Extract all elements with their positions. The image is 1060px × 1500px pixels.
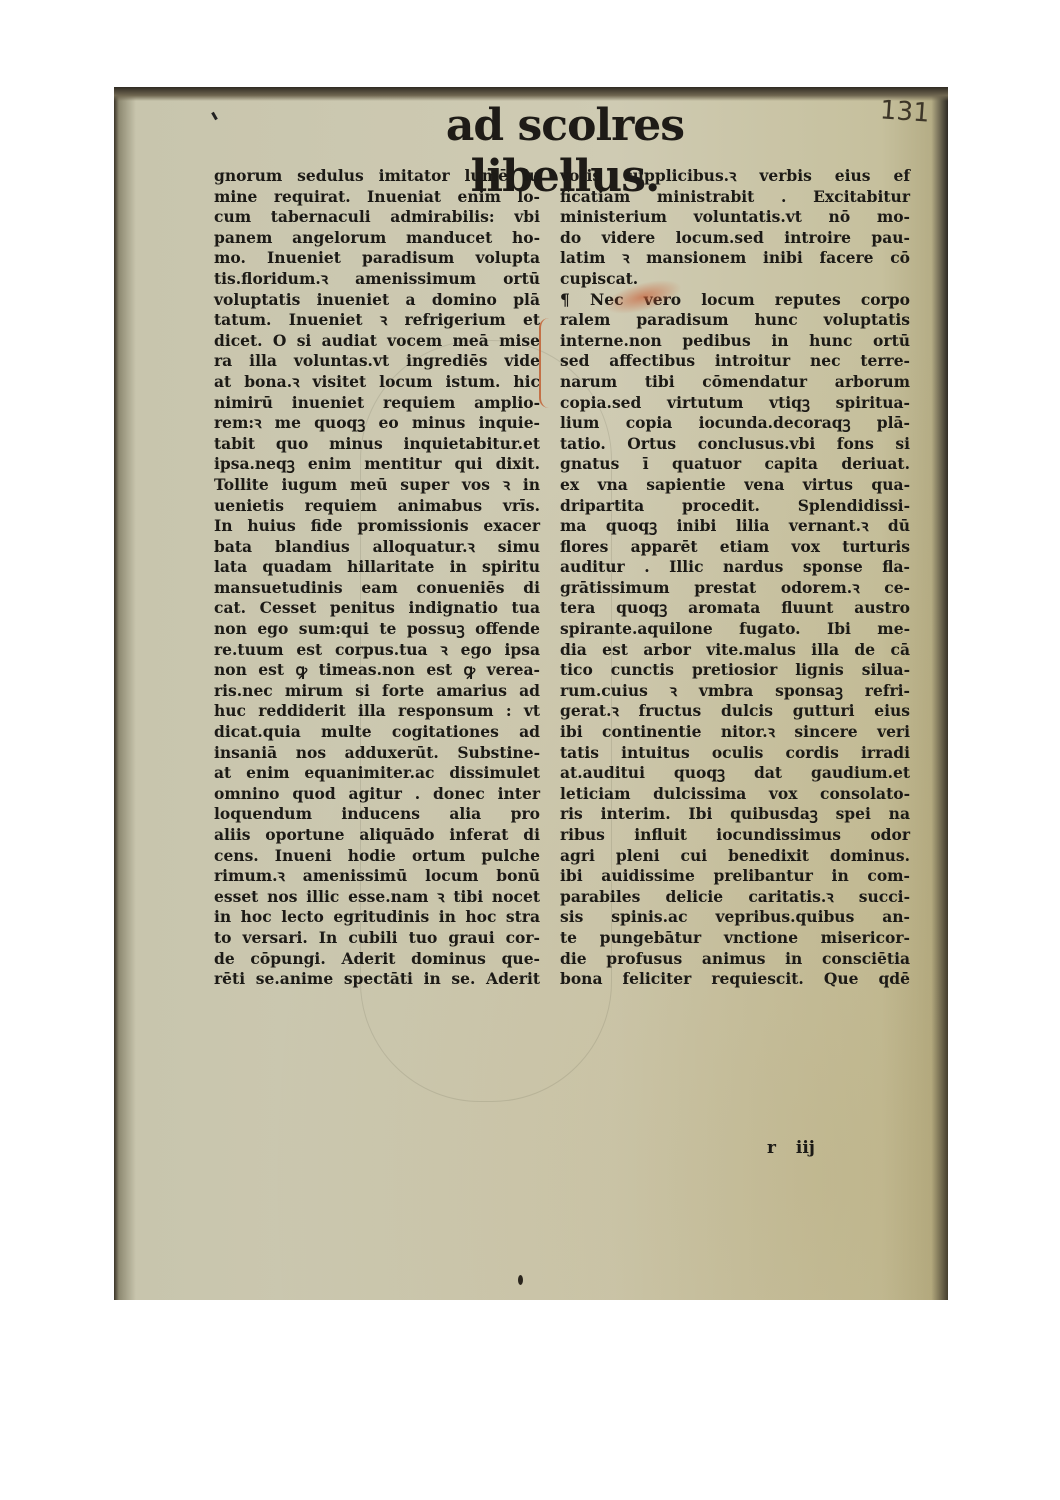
left-text-column: gnorum sedulus imitator lumē lu mine req… — [214, 166, 540, 990]
text-line: copia.sed virtutum vtiqꝫ spiritua- — [560, 393, 910, 414]
text-line: spirante.aquilone fugato. Ibi me- — [560, 619, 910, 640]
folio-number: 131 — [879, 95, 931, 128]
text-line: nimirū inueniet requiem amplio- — [214, 393, 540, 414]
text-line: sis spinis.ac vepribus.quibus an- — [560, 907, 910, 928]
text-line: ibi auidissime prelibantur in com- — [560, 866, 910, 887]
text-line: ra illa voluntas.vt ingrediēs vide — [214, 351, 540, 372]
text-line: tatum. Inueniet ꝛ refrigerium et — [214, 310, 540, 331]
text-line: dicat.quia multe cogitationes ad — [214, 722, 540, 743]
text-line: narum tibi cōmendatur arborum — [560, 372, 910, 393]
text-line: tico cunctis pretiosior lignis silua- — [560, 660, 910, 681]
text-line: omnino quod agitur . donec inter — [214, 784, 540, 805]
text-line: gnorum sedulus imitator lumē lu — [214, 166, 540, 187]
text-line: at enim equanimiter.ac dissimulet — [214, 763, 540, 784]
text-line: rimum.ꝛ amenissimū locum bonū — [214, 866, 540, 887]
text-line: dicet. O si audiat vocem meā mise — [214, 331, 540, 352]
text-line: flores apparēt etiam vox turturis — [560, 537, 910, 558]
signature-mark: r iij — [767, 1138, 815, 1158]
text-line: ris interim. Ibi quibusdaꝫ spei na — [560, 804, 910, 825]
text-line: te pungebātur vnctione misericor- — [560, 928, 910, 949]
text-line: ministerium voluntatis.vt nō mo- — [560, 207, 910, 228]
text-line: leticiam dulcissima vox consolato- — [560, 784, 910, 805]
text-line: grātissimum prestat odorem.ꝛ ce- — [560, 578, 910, 599]
text-line: uenietis requiem animabus vrīs. — [214, 496, 540, 517]
text-line: ris.nec mirum si forte amarius ad — [214, 681, 540, 702]
text-line: tera quoqꝫ aromata fluunt austro — [560, 598, 910, 619]
text-line: loquendum inducens alia pro — [214, 804, 540, 825]
text-line: cum tabernaculi admirabilis: vbi — [214, 207, 540, 228]
text-line: mansuetudinis eam conueniēs di — [214, 578, 540, 599]
text-line: cens. Inueni hodie ortum pulche — [214, 846, 540, 867]
paper-hole — [518, 1275, 523, 1285]
text-line: esset nos illic esse.nam ꝛ tibi nocet — [214, 887, 540, 908]
text-line: lata quadam hillaritate in spiritu — [214, 557, 540, 578]
text-line: rum.cuius ꝛ vmbra sponsaꝫ refri- — [560, 681, 910, 702]
text-line: in hoc lecto egritudinis in hoc stra — [214, 907, 540, 928]
text-line: votis supplicibus.ꝛ verbis eius ef — [560, 166, 910, 187]
text-line: ex vna sapientie vena virtus qua- — [560, 475, 910, 496]
text-line: ma quoqꝫ inibi lilia vernant.ꝛ dū — [560, 516, 910, 537]
text-line: aliis oportune aliquādo inferat di — [214, 825, 540, 846]
text-line: rēti se.anime spectāti in se. Aderit — [214, 969, 540, 990]
text-line: agri pleni cui benedixit dominus. — [560, 846, 910, 867]
text-line: re.tuum est corpus.tua ꝛ ego ipsa — [214, 640, 540, 661]
text-line: sed affectibus introitur nec terre- — [560, 351, 910, 372]
text-line: tatis intuitus oculis cordis irradi — [560, 743, 910, 764]
text-line: Tollite iugum meū super vos ꝛ in — [214, 475, 540, 496]
text-line: panem angelorum manducet ho- — [214, 228, 540, 249]
text-line: gnatus ī quatuor capita deriuat. — [560, 454, 910, 475]
text-line: ribus influit iocundissimus odor — [560, 825, 910, 846]
text-line: to versari. In cubili tuo graui cor- — [214, 928, 540, 949]
text-line: voluptatis inueniet a domino plā — [214, 290, 540, 311]
text-line: latim ꝛ mansionem inibi facere cō — [560, 248, 910, 269]
text-line: cupiscat. — [560, 269, 910, 290]
text-line: at.auditui quoqꝫ dat gaudium.et — [560, 763, 910, 784]
rubric-paragraph-mark — [539, 318, 551, 408]
text-line: non ego sum:qui te possuꝫ offende — [214, 619, 540, 640]
text-line: do videre locum.sed introire pau- — [560, 228, 910, 249]
text-line: dia est arbor vite.malus illa de cā — [560, 640, 910, 661]
text-line: mine requirat. Inueniat enim lo- — [214, 187, 540, 208]
text-line: rem:ꝛ me quoqꝫ eo minus inquie- — [214, 413, 540, 434]
text-line: dripartita procedit. Splendidissi- — [560, 496, 910, 517]
text-line: huc reddiderit illa responsum : vt — [214, 701, 540, 722]
text-line: at bona.ꝛ visitet locum istum. hic — [214, 372, 540, 393]
text-line: parabiles delicie caritatis.ꝛ succi- — [560, 887, 910, 908]
text-line: de cōpungi. Aderit dominus que- — [214, 949, 540, 970]
text-line: In huius fide promissionis exacer — [214, 516, 540, 537]
text-line: lium copia iocunda.decoraqꝫ plā- — [560, 413, 910, 434]
text-line: insaniā nos adduxerūt. Substine- — [214, 743, 540, 764]
text-line: cat. Cesset penitus indignatio tua — [214, 598, 540, 619]
text-line: tis.floridum.ꝛ amenissimum ortū — [214, 269, 540, 290]
text-line: non est ꝙ timeas.non est ꝙ verea- — [214, 660, 540, 681]
text-line: mo. Inueniet paradisum volupta — [214, 248, 540, 269]
text-line: ipsa.neqꝫ enim mentitur qui dixit. — [214, 454, 540, 475]
text-line: bata blandius alloquatur.ꝛ simu — [214, 537, 540, 558]
text-line: tabit quo minus inquietabitur.et — [214, 434, 540, 455]
text-line: interne.non pedibus in hunc ortū — [560, 331, 910, 352]
text-line: ibi continentie nitor.ꝛ sincere veri — [560, 722, 910, 743]
text-line: ficatiam ministrabit . Excitabitur — [560, 187, 910, 208]
text-line: auditur . Illic nardus sponse fla- — [560, 557, 910, 578]
text-line: die profusus animus in consciētia — [560, 949, 910, 970]
text-line: tatio. Ortus conclusus.vbi fons si — [560, 434, 910, 455]
text-line: bona feliciter requiescit. Que qdē — [560, 969, 910, 990]
text-line: gerat.ꝛ fructus dulcis gutturi eius — [560, 701, 910, 722]
